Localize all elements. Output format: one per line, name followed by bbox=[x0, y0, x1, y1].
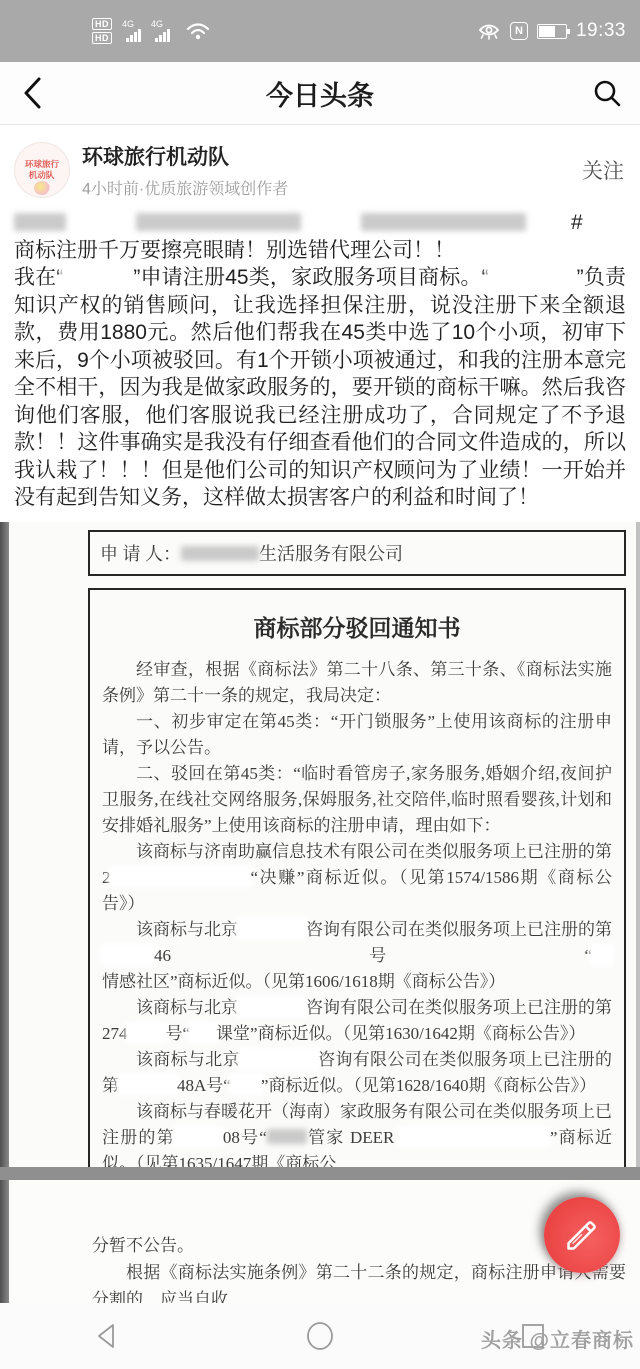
home-circle-icon bbox=[304, 1320, 336, 1352]
hd-badges: HD HD bbox=[92, 18, 112, 44]
doc-paragraph: 该商标与北京咨询有限公司在类似服务项上已注册的第46号“情感社区”商标近似。（见… bbox=[102, 917, 612, 995]
photo-divider bbox=[0, 1167, 640, 1180]
post-headline: 商标注册千万要擦亮眼睛！别选错代理公司！！ bbox=[14, 237, 626, 265]
network-type-label: 4G bbox=[151, 19, 163, 29]
doc-paragraph: 二、驳回在第45类：“临时看管房子,家务服务,婚姻介绍,夜间护卫服务,在线社交网… bbox=[102, 761, 612, 839]
page-title: 今日头条 bbox=[50, 74, 590, 113]
doc-paragraph: 该商标与北京咨询有限公司在类似服务项上已注册的第274号“课堂”商标近似。（见第… bbox=[102, 995, 612, 1047]
doc-paragraph: 该商标与济南助赢信息技术有限公司在类似服务项上已注册的第2“决赚”商标近似。（见… bbox=[102, 839, 612, 917]
post-hashtag-line: # bbox=[14, 209, 626, 237]
signal-bars-icon-sim1: 4G bbox=[126, 21, 141, 42]
author-name: 环球旅行机动队 bbox=[82, 141, 580, 171]
avatar-text-line1: 环球旅行 bbox=[25, 159, 59, 169]
post-body: # 商标注册千万要擦亮眼睛！别选错代理公司！！ 我在“”申请注册45类，家政服务… bbox=[12, 207, 628, 522]
signal-bars-icon-sim2: 4G bbox=[155, 21, 170, 42]
phone-screen: HD HD 4G 4G N bbox=[0, 0, 640, 1369]
follow-button[interactable]: 关注 bbox=[580, 151, 626, 189]
avatar-text-line2: 机动队 bbox=[29, 170, 55, 180]
back-triangle-icon bbox=[92, 1321, 122, 1351]
eye-comfort-icon bbox=[477, 23, 501, 40]
page-edge-shadow-right bbox=[636, 522, 640, 1167]
document-photo-1[interactable]: 申 请 人：生活服务有限公司 商标部分驳回通知书 经审查，根据《商标法》第二十八… bbox=[0, 522, 640, 1167]
search-button[interactable] bbox=[590, 76, 624, 110]
post-card: 环球旅行 机动队 环球旅行机动队 4小时前·优质旅游领域创作者 关注 # 商标注… bbox=[0, 125, 640, 522]
hd-volte-icon: HD bbox=[92, 32, 112, 44]
status-bar: HD HD 4G 4G N bbox=[0, 0, 640, 62]
document-title: 商标部分驳回通知书 bbox=[102, 610, 612, 643]
back-chevron-icon bbox=[22, 76, 44, 110]
author-info[interactable]: 环球旅行机动队 4小时前·优质旅游领域创作者 bbox=[82, 141, 580, 199]
doc-paragraph: 一、初步审定在第45类：“开门锁服务”上使用该商标的注册申请，予以公告。 bbox=[102, 709, 612, 761]
status-right: N 19:33 bbox=[477, 20, 626, 42]
post-header: 环球旅行 机动队 环球旅行机动队 4小时前·优质旅游领域创作者 关注 bbox=[12, 125, 628, 207]
clock-time: 19:33 bbox=[576, 20, 626, 42]
avatar-decoration bbox=[34, 181, 50, 195]
doc-paragraph: 该商标与春暖花开（海南）家政服务有限公司在类似服务项上已注册的第08号“管家 D… bbox=[102, 1099, 612, 1167]
nfc-icon: N bbox=[510, 22, 528, 40]
back-button[interactable] bbox=[16, 76, 50, 110]
applicant-box: 申 请 人：生活服务有限公司 bbox=[88, 530, 626, 576]
post-meta: 4小时前·优质旅游领域创作者 bbox=[82, 176, 580, 199]
app-header: 今日头条 bbox=[0, 62, 640, 125]
nav-back-button[interactable] bbox=[0, 1321, 213, 1351]
avatar[interactable]: 环球旅行 机动队 bbox=[14, 142, 70, 198]
document-content: 申 请 人：生活服务有限公司 商标部分驳回通知书 经审查，根据《商标法》第二十八… bbox=[88, 530, 626, 1167]
battery-icon bbox=[537, 24, 567, 39]
applicant-line: 申 请 人：生活服务有限公司 bbox=[100, 544, 403, 564]
android-nav-bar: 头条 @立春商标 bbox=[0, 1303, 640, 1369]
notice-box: 商标部分驳回通知书 经审查，根据《商标法》第二十八条、第三十条、《商标法实施条例… bbox=[88, 588, 626, 1167]
compose-fab-button[interactable] bbox=[544, 1197, 620, 1273]
wifi-icon bbox=[186, 22, 210, 40]
hd-volte-icon: HD bbox=[92, 18, 112, 30]
watermark: 头条 @立春商标 bbox=[481, 1324, 634, 1353]
doc-paragraph: 该商标与北京咨询有限公司在类似服务项上已注册的第48A号“”商标近似。（见第16… bbox=[102, 1047, 612, 1099]
pencil-icon bbox=[563, 1216, 601, 1254]
nav-home-button[interactable] bbox=[213, 1320, 426, 1352]
network-type-label: 4G bbox=[122, 19, 134, 29]
doc-paragraph: 经审查，根据《商标法》第二十八条、第三十条、《商标法实施条例》第二十一条的规定，… bbox=[102, 657, 612, 709]
search-icon bbox=[592, 78, 622, 108]
post-text: 我在“”申请注册45类，家政服务项目商标。“”负责知识产权的销售顾问，让我选择担… bbox=[14, 264, 626, 512]
page-edge-shadow bbox=[0, 522, 9, 1167]
status-left: HD HD 4G 4G bbox=[92, 18, 210, 44]
